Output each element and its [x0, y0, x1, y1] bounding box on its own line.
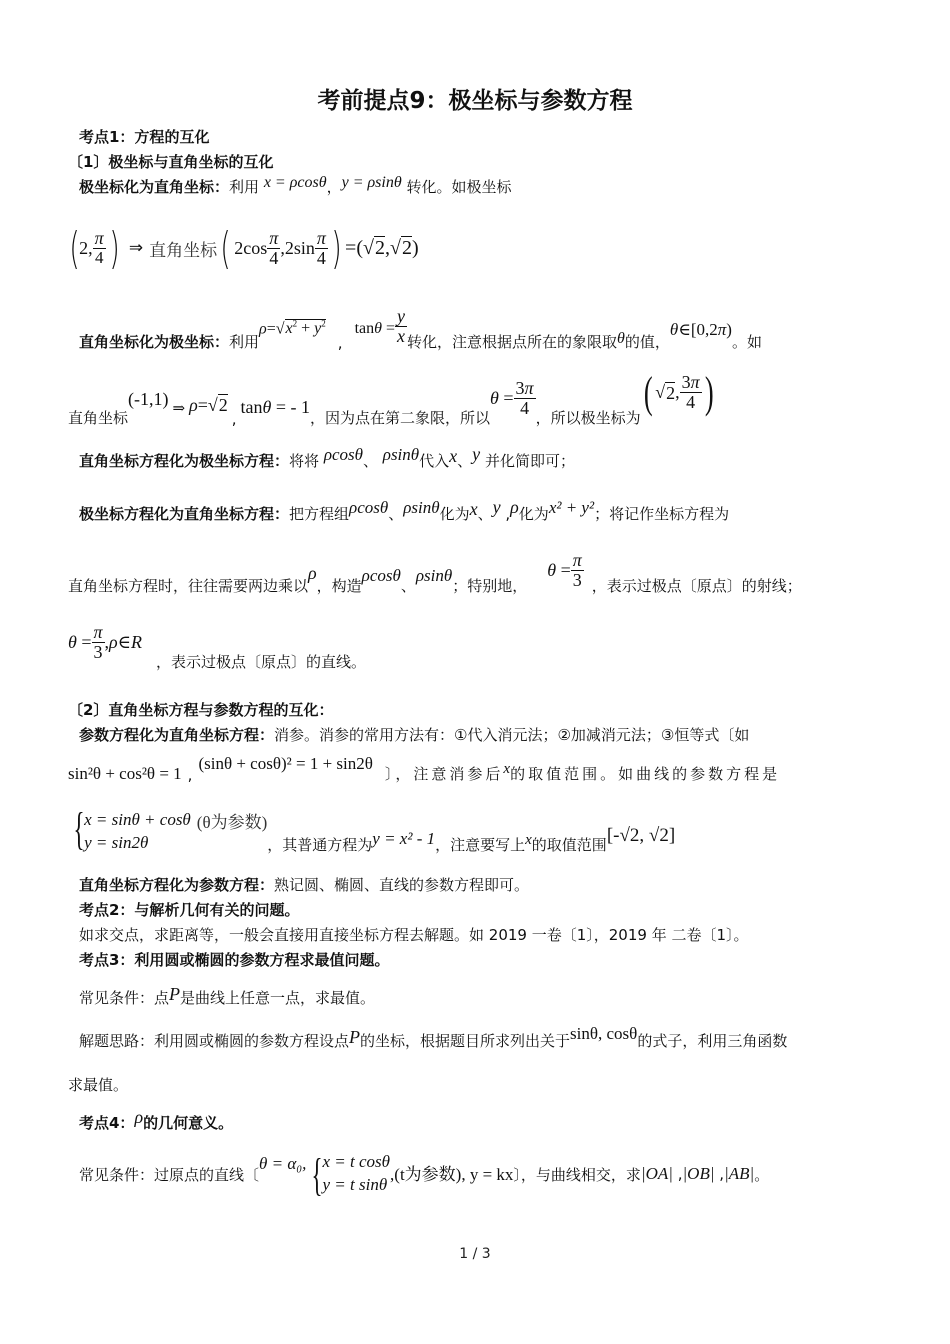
polar-to-rect-label: 极坐标化为直角坐标：	[79, 178, 229, 196]
example1-formula: ( 2, π4 ) ⇒ 直角坐标 ( 2cosπ4,2sinπ4 ) =(√2,…	[66, 220, 419, 276]
text: ，表示过极点〔原点〕的射线；	[592, 575, 802, 596]
polar-to-rect-line: 极坐标化为直角坐标：利用 x = ρcosθ，y = ρsinθ 转化。如极坐标	[79, 176, 512, 197]
point-p: P	[349, 1027, 360, 1047]
text: 并化简即可；	[485, 452, 575, 470]
formula: sinθ, cosθ	[570, 1024, 637, 1043]
param-to-rect-line1: 参数方程化为直角坐标方程：消参。消参的常用方法有：①代入消元法；②加减消元法；③…	[79, 724, 749, 745]
ab: |AB|	[724, 1164, 754, 1184]
sys-y: y = t sinθ	[323, 1174, 391, 1197]
text: ，所以极坐标为	[536, 407, 641, 428]
text: 直角坐标方程时，往往需要两边乘以	[68, 575, 308, 596]
sys-y: y = sin2θ	[84, 832, 191, 855]
arrow-icon: ⇒	[173, 399, 186, 418]
text: 、	[363, 452, 378, 470]
rect-eq-to-polar-line: 直角坐标方程化为极坐标方程：将将 ρcosθ、 ρsinθ代入x、y 并化简即可…	[79, 450, 575, 471]
rho: ρ	[308, 563, 317, 584]
section4-condition: 常见条件：过原点的直线〔 θ = α₀, { x = t cosθy = t s…	[79, 1146, 769, 1202]
text: 的式子，利用三角函数	[637, 1032, 787, 1050]
text: ，其普通方程为	[267, 834, 372, 855]
text: ，	[327, 178, 342, 196]
text: 是曲线上任意一点，求最值。	[180, 989, 375, 1007]
x-var: x	[503, 761, 510, 778]
text: 将将	[289, 452, 319, 470]
label: 极坐标方程化为直角坐标方程：	[79, 505, 289, 523]
polar-eq-to-rect-line2: 直角坐标方程时，往往需要两边乘以ρ ，构造ρcosθ、ρsinθ ；特别地， θ…	[68, 556, 802, 596]
section3-condition: 常见条件：点P是曲线上任意一点，求最值。	[79, 987, 375, 1008]
page-number: 1 / 3	[0, 1246, 950, 1262]
text: 消参。消参的常用方法有：①代入消元法；②加减消元法；③恒等式〔如	[274, 726, 749, 744]
label: 直角坐标方程化为极坐标方程：	[79, 452, 289, 470]
rect-to-polar-label: 直角坐标化为极坐标：	[79, 331, 229, 352]
identity-1: sin²θ + cos²θ = 1	[68, 764, 182, 784]
paren: (	[69, 223, 79, 274]
theta: θ	[617, 330, 625, 348]
point-p: P	[169, 984, 180, 1004]
text: 的取值范围。如曲线的参数方程是	[510, 763, 780, 784]
section2-heading: 考点2：与解析几何有关的问题。	[79, 899, 299, 920]
oa: |OA|	[641, 1164, 673, 1184]
section2-text: 如求交点，求距离等，一般会直接用直接坐标方程去解题。如 2019 一卷〔1〕，2…	[79, 924, 749, 945]
text: 的几何意义。	[143, 1114, 233, 1132]
formula-y: y = ρsinθ	[342, 174, 402, 191]
text: 解题思路：利用圆或椭圆的参数方程设点	[79, 1032, 349, 1050]
text: 〕，与曲线相交，求	[513, 1164, 641, 1185]
param-note: ,(t为参数), y = kx	[390, 1160, 513, 1185]
text: 常见条件：过原点的直线〔	[79, 1164, 259, 1185]
ob: |OB|	[683, 1164, 715, 1184]
text: ；将记作坐标方程为	[594, 505, 729, 523]
page-title: 考前提点9：极坐标与参数方程	[0, 82, 950, 115]
x-var: x	[525, 832, 532, 849]
section1-sub1: 〔1〕极坐标与直角坐标的互化	[68, 151, 273, 172]
identity-2: (sinθ + cosθ)² = 1 + sin2θ	[198, 754, 372, 774]
text: 化为	[519, 505, 549, 523]
x-var: x	[449, 446, 457, 466]
text: 直角坐标	[68, 407, 128, 428]
section1-sub2: 〔2〕直角坐标方程与参数方程的互化：	[68, 699, 333, 720]
text: 常见条件：点	[79, 989, 169, 1007]
text: ，表示过极点〔原点〕的直线。	[156, 651, 366, 672]
formula: ρsinθ	[416, 566, 452, 586]
text: ；特别地，	[452, 575, 527, 596]
text: 〕，注意消参后	[385, 763, 504, 784]
formula: ρcosθ	[324, 445, 363, 464]
text: 利用	[229, 178, 259, 196]
sys-x: x = t cosθ	[323, 1151, 391, 1174]
text: 转化，注意根据点所在的象限取	[407, 331, 617, 352]
label: 参数方程化为直角坐标方程：	[79, 726, 274, 744]
y-var: y	[493, 497, 501, 517]
text: 代入	[419, 452, 449, 470]
text: 转化。如极坐标	[406, 178, 511, 196]
text: ，构造	[317, 575, 362, 596]
theta-alpha: θ = α₀,	[259, 1154, 306, 1174]
ordinary-equation: y = x² - 1	[372, 829, 435, 849]
rho: ρ	[510, 497, 519, 517]
formula: ρsinθ	[403, 498, 439, 517]
formula: ρsinθ	[383, 445, 419, 464]
text: ，因为点在第二象限，所以	[310, 407, 490, 428]
rect-label: 直角坐标	[149, 236, 217, 261]
y-var: y	[472, 444, 480, 464]
point: (-1,1)	[128, 389, 168, 410]
sys-x: x = sinθ + cosθ	[84, 809, 191, 832]
section3-idea: 解题思路：利用圆或椭圆的参数方程设点P的坐标，根据题目所求列出关于sinθ, c…	[79, 1030, 787, 1051]
formula: x² + y²	[549, 498, 594, 517]
x-var: x	[470, 499, 478, 519]
section1-heading: 考点1：方程的互化	[79, 126, 209, 147]
text: 。如	[732, 331, 762, 352]
text: 考点4：	[79, 1114, 134, 1132]
text: 化为	[440, 505, 470, 523]
text: ，注意要写上	[435, 834, 525, 855]
text: 的取值范围	[532, 834, 607, 855]
rho: ρ	[134, 1107, 143, 1127]
document-page: 考前提点9：极坐标与参数方程 考点1：方程的互化 〔1〕极坐标与直角坐标的互化 …	[0, 0, 950, 1344]
rect-to-param-line: 直角坐标方程化为参数方程：熟记圆、椭圆、直线的参数方程即可。	[79, 874, 529, 895]
text: 把方程组	[289, 505, 349, 523]
text: 的值，	[625, 331, 670, 352]
formula: ρcosθ	[362, 566, 401, 586]
section3-heading: 考点3：利用圆或椭圆的参数方程求最值问题。	[79, 949, 389, 970]
param-to-rect-line3: { x = sinθ + cosθy = sin2θ (θ为参数) ，其普通方程…	[68, 795, 675, 855]
rect-to-polar-line: 直角坐标化为极坐标：利用 ρ=√x2 + y2 , tanθ = yx 转化，注…	[79, 302, 762, 352]
text: 利用	[229, 331, 259, 352]
label: 直角坐标方程化为参数方程：	[79, 876, 274, 894]
text: 。	[754, 1164, 769, 1185]
formula-x: x = ρcosθ	[264, 174, 327, 191]
formula: ρcosθ	[349, 498, 388, 517]
param-to-rect-line2: sin²θ + cos²θ = 1 , (sinθ + cosθ)² = 1 +…	[68, 752, 780, 784]
text: 的坐标，根据题目所求列出关于	[360, 1032, 570, 1050]
section4-heading: 考点4：ρ的几何意义。	[79, 1112, 233, 1133]
polar-eq-to-rect-line3: θ =π3, ρ∈R ，表示过极点〔原点〕的直线。	[68, 622, 366, 672]
section3-idea-end: 求最值。	[68, 1074, 128, 1095]
arrow-icon: ⇒	[129, 238, 143, 258]
x-range: [-√2, √2]	[607, 825, 675, 847]
param-note: (θ为参数)	[197, 808, 267, 833]
example2-line: 直角坐标 (-1,1) ⇒ ρ=√2 , tanθ = - 1 ，因为点在第二象…	[68, 372, 716, 428]
text: 熟记圆、椭圆、直线的参数方程即可。	[274, 876, 529, 894]
polar-eq-to-rect-line1: 极坐标方程化为直角坐标方程：把方程组ρcosθ、ρsinθ化为x、y ,ρ化为x…	[79, 503, 729, 524]
